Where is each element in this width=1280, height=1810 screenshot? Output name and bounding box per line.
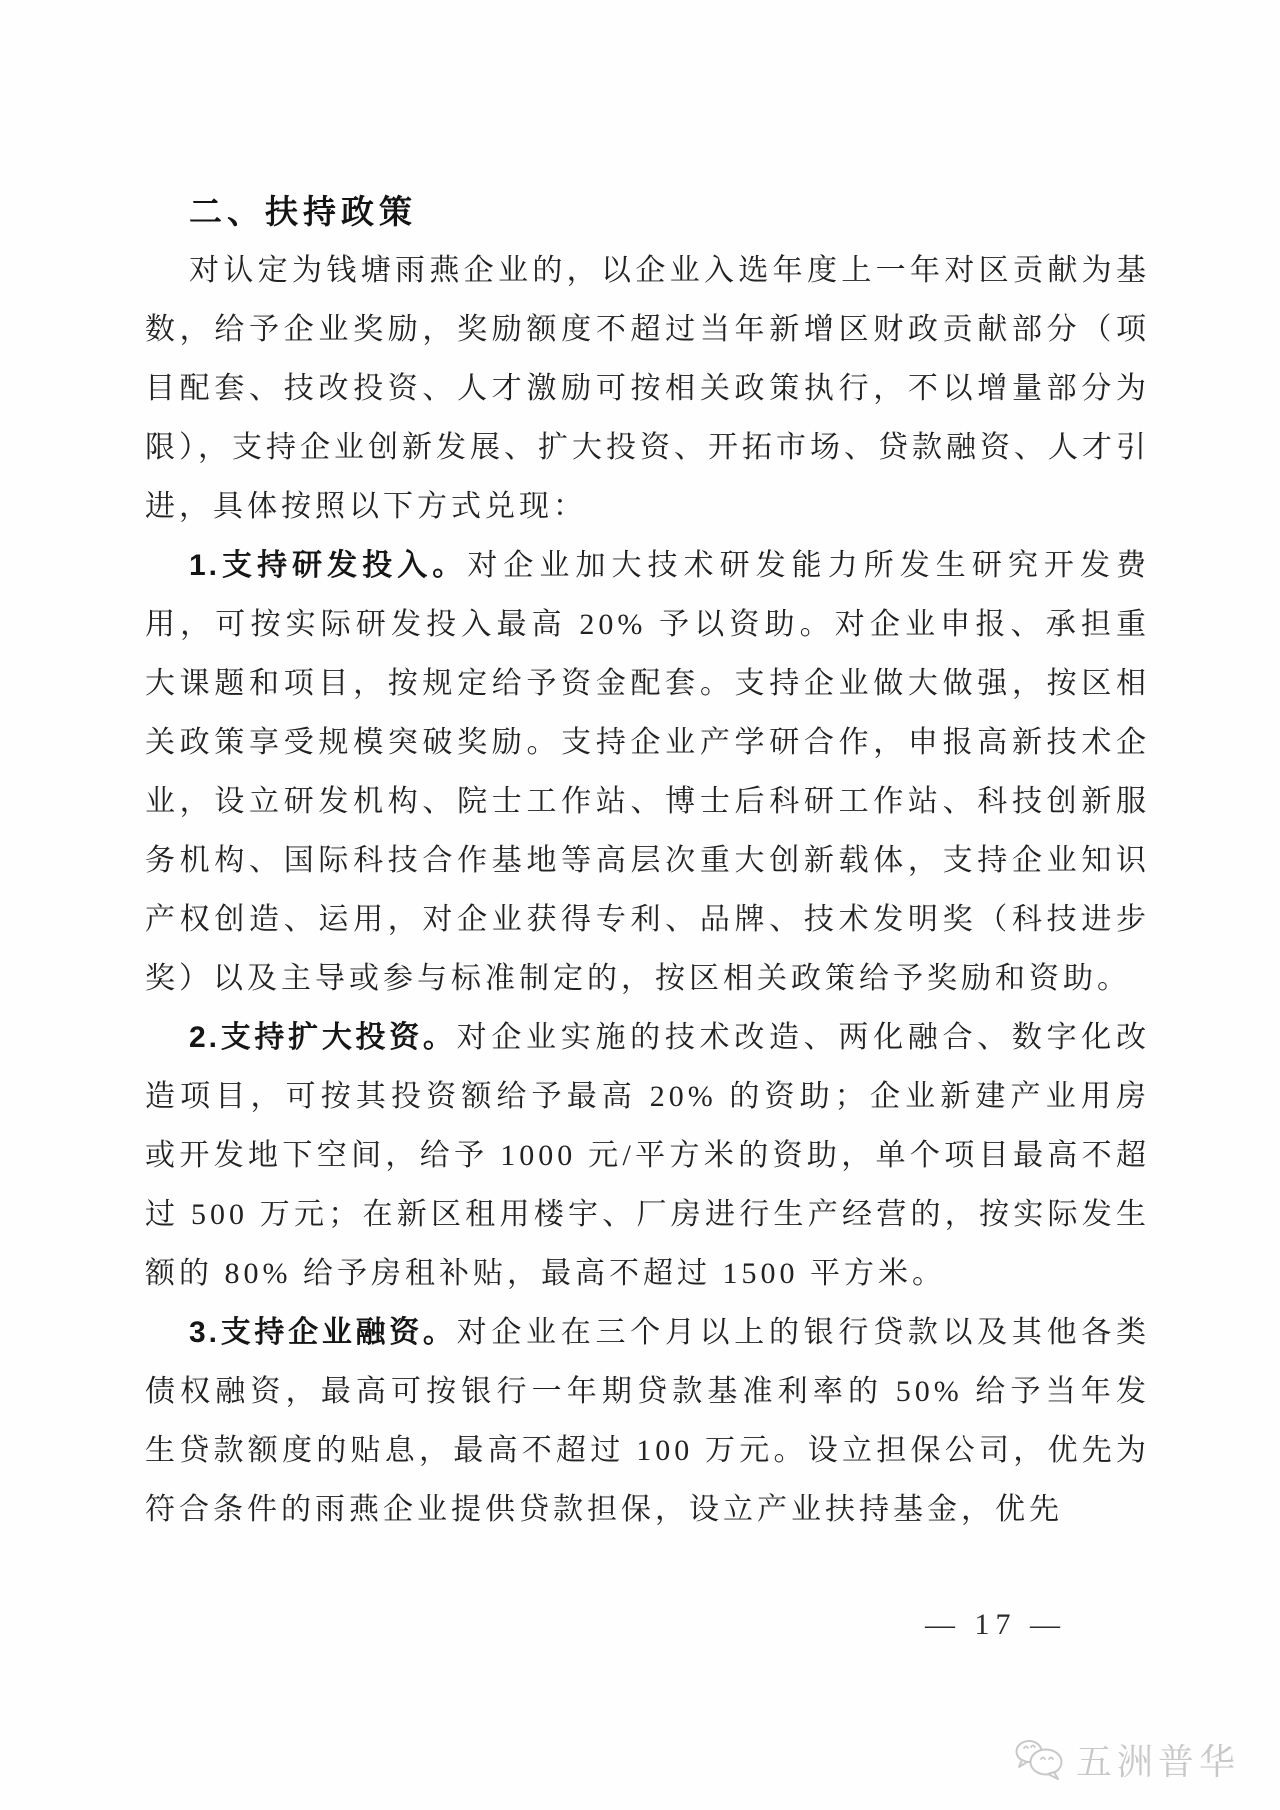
paragraph-text: 对认定为钱塘雨燕企业的，以企业入选年度上一年对区贡献为基数，给予企业奖励，奖励额… [145,254,1150,523]
intro-paragraph: 对认定为钱塘雨燕企业的，以企业入选年度上一年对区贡献为基数，给予企业奖励，奖励额… [145,241,1150,536]
section-heading: 二、扶持政策 [145,182,1150,241]
watermark-text: 五洲普华 [1076,1734,1240,1785]
policy-item-2-lead: 2.支持扩大投资。 [189,1021,457,1054]
wechat-icon [1014,1738,1066,1782]
policy-item-1-lead: 1.支持研发投入。 [189,549,467,582]
policy-item-3-lead: 3.支持企业融资。 [189,1316,457,1349]
document-content: 二、扶持政策 对认定为钱塘雨燕企业的，以企业入选年度上一年对区贡献为基数，给予企… [145,182,1150,1539]
policy-item-1-text: 对企业加大技术研发能力所发生研究开发费用，可按实际研发投入最高 20% 予以资助… [145,549,1150,995]
policy-item-2-text: 对企业实施的技术改造、两化融合、数字化改造项目，可按其投资额给予最高 20% 的… [145,1021,1150,1290]
policy-item-1: 1.支持研发投入。对企业加大技术研发能力所发生研究开发费用，可按实际研发投入最高… [145,536,1150,1008]
page-number: — 17 — [925,1608,1066,1642]
document-page: 二、扶持政策 对认定为钱塘雨燕企业的，以企业入选年度上一年对区贡献为基数，给予企… [0,0,1280,1810]
policy-item-3: 3.支持企业融资。对企业在三个月以上的银行贷款以及其他各类债权融资，最高可按银行… [145,1303,1150,1539]
watermark: 五洲普华 [1014,1734,1240,1785]
policy-item-2: 2.支持扩大投资。对企业实施的技术改造、两化融合、数字化改造项目，可按其投资额给… [145,1008,1150,1303]
